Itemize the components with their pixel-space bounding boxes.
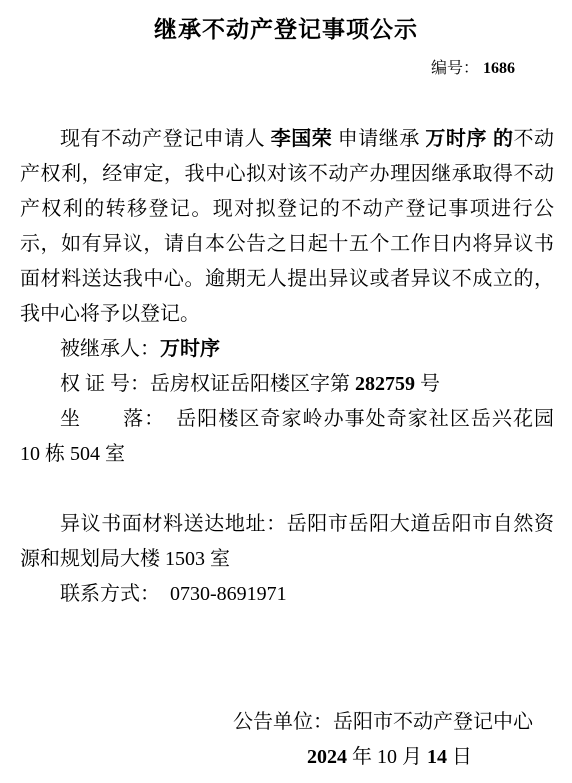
date-day-unit: 日 <box>447 746 472 768</box>
date-month: 10 <box>377 746 397 768</box>
blank-line <box>20 472 554 507</box>
certificate-prefix: 岳房权证岳阳楼区字第 <box>150 373 355 395</box>
date-day: 14 <box>427 746 447 768</box>
decedent-label: 被继承人： <box>60 338 160 360</box>
certificate-suffix: 号 <box>415 373 440 395</box>
certificate-line: 权 证 号：岳房权证岳阳楼区字第 282759 号 <box>20 367 554 402</box>
document-body: 现有不动产登记申请人 李国荣 申请继承 万时序 的不动产权利，经审定，我中心拟对… <box>20 122 554 612</box>
contact-label: 联系方式： <box>60 583 150 605</box>
decedent-value: 万时序 <box>160 338 220 360</box>
page-title: 继承不动产登记事项公示 <box>0 0 572 45</box>
decedent-name-inline: 万时序 的 <box>425 128 513 150</box>
applicant-name: 李国荣 <box>271 128 333 150</box>
doc-number-line: 编号：1686 <box>0 58 572 80</box>
location-label: 坐 落： <box>60 408 155 430</box>
paragraph-text-3: 不动产权利，经审定，我中心拟对该不动产办理因继承取得不动产权利的转移登记。现对拟… <box>20 128 554 325</box>
date-year-unit: 年 <box>347 746 377 768</box>
issuer-line: 公告单位：岳阳市不动产登记中心 <box>0 705 572 740</box>
issuer-name: 岳阳市不动产登记中心 <box>333 711 533 733</box>
document-footer: 公告单位：岳阳市不动产登记中心 2024 年 10 月 14 日 <box>0 705 572 775</box>
objection-address-line: 异议书面材料送达地址：岳阳市岳阳大道岳阳市自然资源和规划局大楼 1503 室 <box>20 507 554 577</box>
decedent-line: 被继承人：万时序 <box>20 332 554 367</box>
contact-line: 联系方式： 0730-8691971 <box>20 577 554 612</box>
issuer-label: 公告单位： <box>233 711 333 733</box>
paragraph-text-2: 申请继承 <box>332 128 425 150</box>
date-month-unit: 月 <box>397 746 427 768</box>
objection-address-label: 异议书面材料送达地址： <box>60 513 287 535</box>
doc-number-label: 编号： <box>431 60 479 77</box>
announcement-document: 继承不动产登记事项公示 编号：1686 现有不动产登记申请人 李国荣 申请继承 … <box>0 0 572 783</box>
paragraph-text-1: 现有不动产登记申请人 <box>60 128 271 150</box>
date-line: 2024 年 10 月 14 日 <box>0 740 572 775</box>
doc-number-value: 1686 <box>483 60 515 77</box>
certificate-label: 权 证 号： <box>60 373 150 395</box>
location-line: 坐 落： 岳阳楼区奇家岭办事处奇家社区岳兴花园 10 栋 504 室 <box>20 402 554 472</box>
date-year: 2024 <box>307 746 347 768</box>
contact-value: 0730-8691971 <box>150 583 287 605</box>
certificate-number: 282759 <box>355 373 415 395</box>
main-paragraph: 现有不动产登记申请人 李国荣 申请继承 万时序 的不动产权利，经审定，我中心拟对… <box>20 122 554 332</box>
